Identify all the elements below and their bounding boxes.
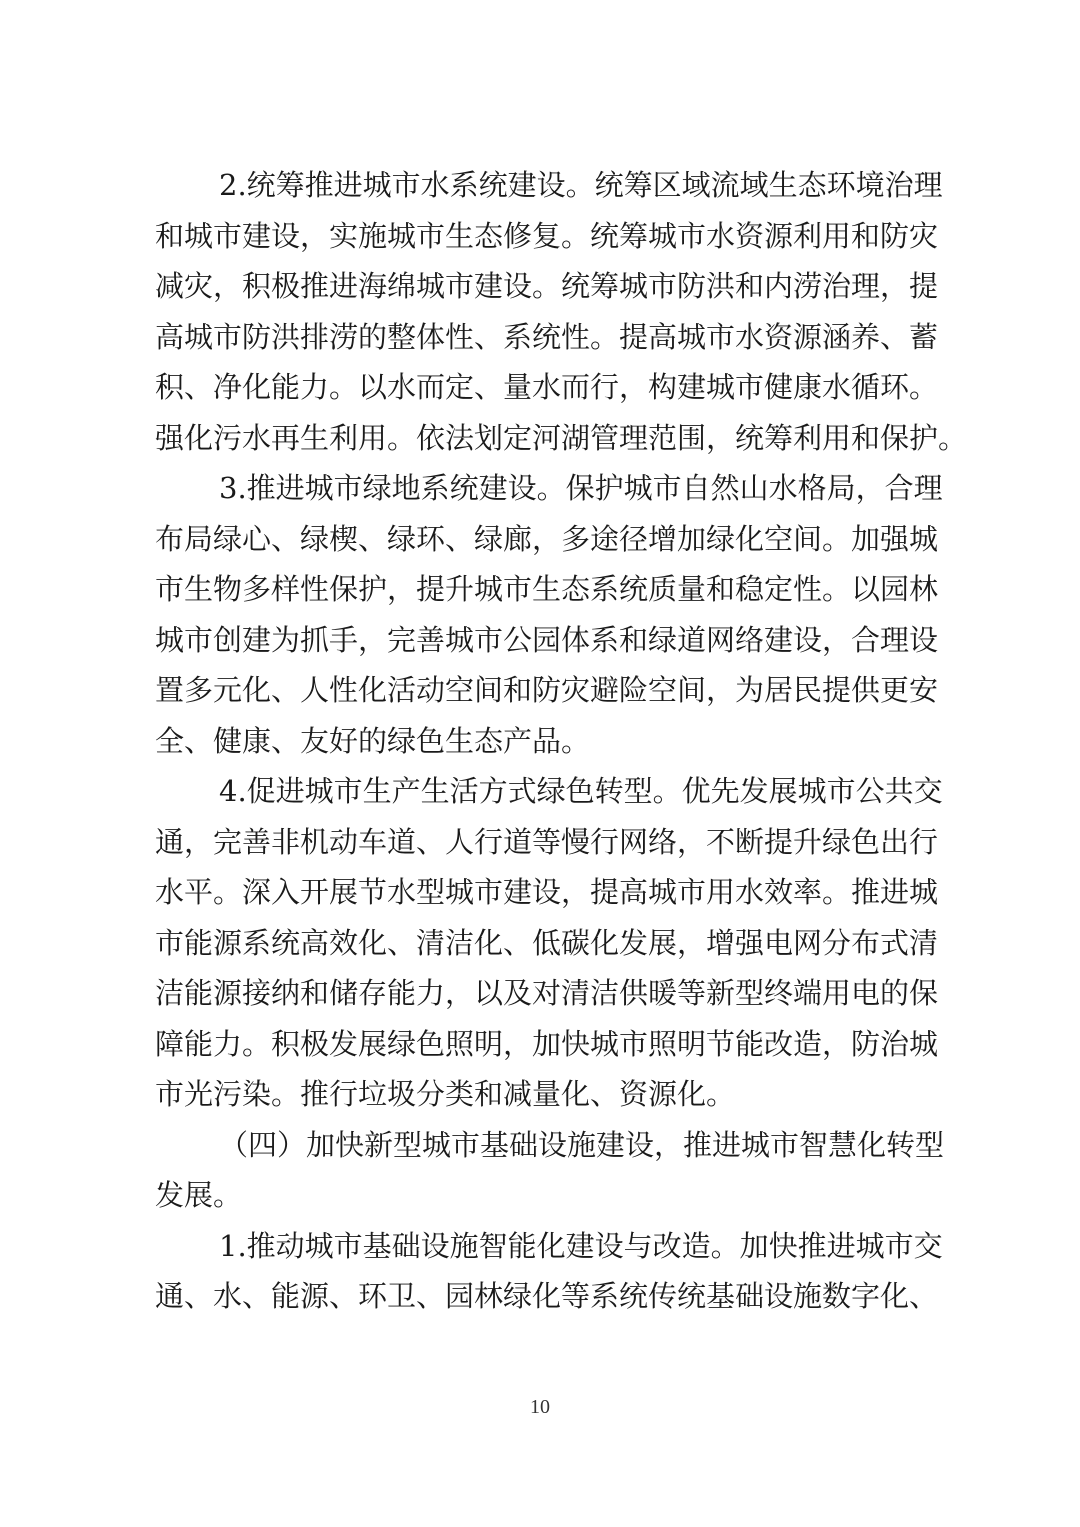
text-line: 水平。深入开展节水型城市建设，提高城市用水效率。推进城 bbox=[155, 867, 925, 918]
text-line: 和城市建设，实施城市生态修复。统筹城市水资源利用和防灾 bbox=[155, 211, 925, 262]
text-line: 布局绿心、绿楔、绿环、绿廊，多途径增加绿化空间。加强城 bbox=[155, 514, 925, 565]
section-heading: （四）加快新型城市基础设施建设，推进城市智慧化转型 发展。 bbox=[155, 1120, 925, 1221]
text-line: 4.促进城市生产生活方式绿色转型。优先发展城市公共交 bbox=[155, 766, 925, 817]
text-line: 洁能源接纳和储存能力，以及对清洁供暖等新型终端用电的保 bbox=[155, 968, 925, 1019]
paragraph-smart-infrastructure: 1.推动城市基础设施智能化建设与改造。加快推进城市交 通、水、能源、环卫、园林绿… bbox=[155, 1221, 925, 1322]
text-line: 3.推进城市绿地系统建设。保护城市自然山水格局，合理 bbox=[155, 463, 925, 514]
text-line: 减灾，积极推进海绵城市建设。统筹城市防洪和内涝治理，提 bbox=[155, 261, 925, 312]
paragraph-green-space: 3.推进城市绿地系统建设。保护城市自然山水格局，合理 布局绿心、绿楔、绿环、绿廊… bbox=[155, 463, 925, 766]
heading-line: 发展。 bbox=[155, 1170, 925, 1221]
text-line: 1.推动城市基础设施智能化建设与改造。加快推进城市交 bbox=[155, 1221, 925, 1272]
text-line: 强化污水再生利用。依法划定河湖管理范围，统筹利用和保护。 bbox=[155, 413, 925, 464]
text-line: 积、净化能力。以水而定、量水而行，构建城市健康水循环。 bbox=[155, 362, 925, 413]
text-line: 全、健康、友好的绿色生态产品。 bbox=[155, 716, 925, 767]
text-line: 通、水、能源、环卫、园林绿化等系统传统基础设施数字化、 bbox=[155, 1271, 925, 1322]
heading-line: （四）加快新型城市基础设施建设，推进城市智慧化转型 bbox=[155, 1120, 925, 1171]
text-line: 市生物多样性保护，提升城市生态系统质量和稳定性。以园林 bbox=[155, 564, 925, 615]
text-line: 高城市防洪排涝的整体性、系统性。提高城市水资源涵养、蓄 bbox=[155, 312, 925, 363]
paragraph-green-transition: 4.促进城市生产生活方式绿色转型。优先发展城市公共交 通，完善非机动车道、人行道… bbox=[155, 766, 925, 1120]
text-line: 市能源系统高效化、清洁化、低碳化发展，增强电网分布式清 bbox=[155, 918, 925, 969]
text-line: 通，完善非机动车道、人行道等慢行网络，不断提升绿色出行 bbox=[155, 817, 925, 868]
paragraph-water-system: 2.统筹推进城市水系统建设。统筹区域流域生态环境治理 和城市建设，实施城市生态修… bbox=[155, 160, 925, 463]
document-body: 2.统筹推进城市水系统建设。统筹区域流域生态环境治理 和城市建设，实施城市生态修… bbox=[155, 160, 925, 1322]
page-number: 10 bbox=[0, 1396, 1080, 1419]
text-line: 城市创建为抓手，完善城市公园体系和绿道网络建设，合理设 bbox=[155, 615, 925, 666]
text-line: 障能力。积极发展绿色照明，加快城市照明节能改造，防治城 bbox=[155, 1019, 925, 1070]
text-line: 市光污染。推行垃圾分类和减量化、资源化。 bbox=[155, 1069, 925, 1120]
text-line: 2.统筹推进城市水系统建设。统筹区域流域生态环境治理 bbox=[155, 160, 925, 211]
text-line: 置多元化、人性化活动空间和防灾避险空间，为居民提供更安 bbox=[155, 665, 925, 716]
